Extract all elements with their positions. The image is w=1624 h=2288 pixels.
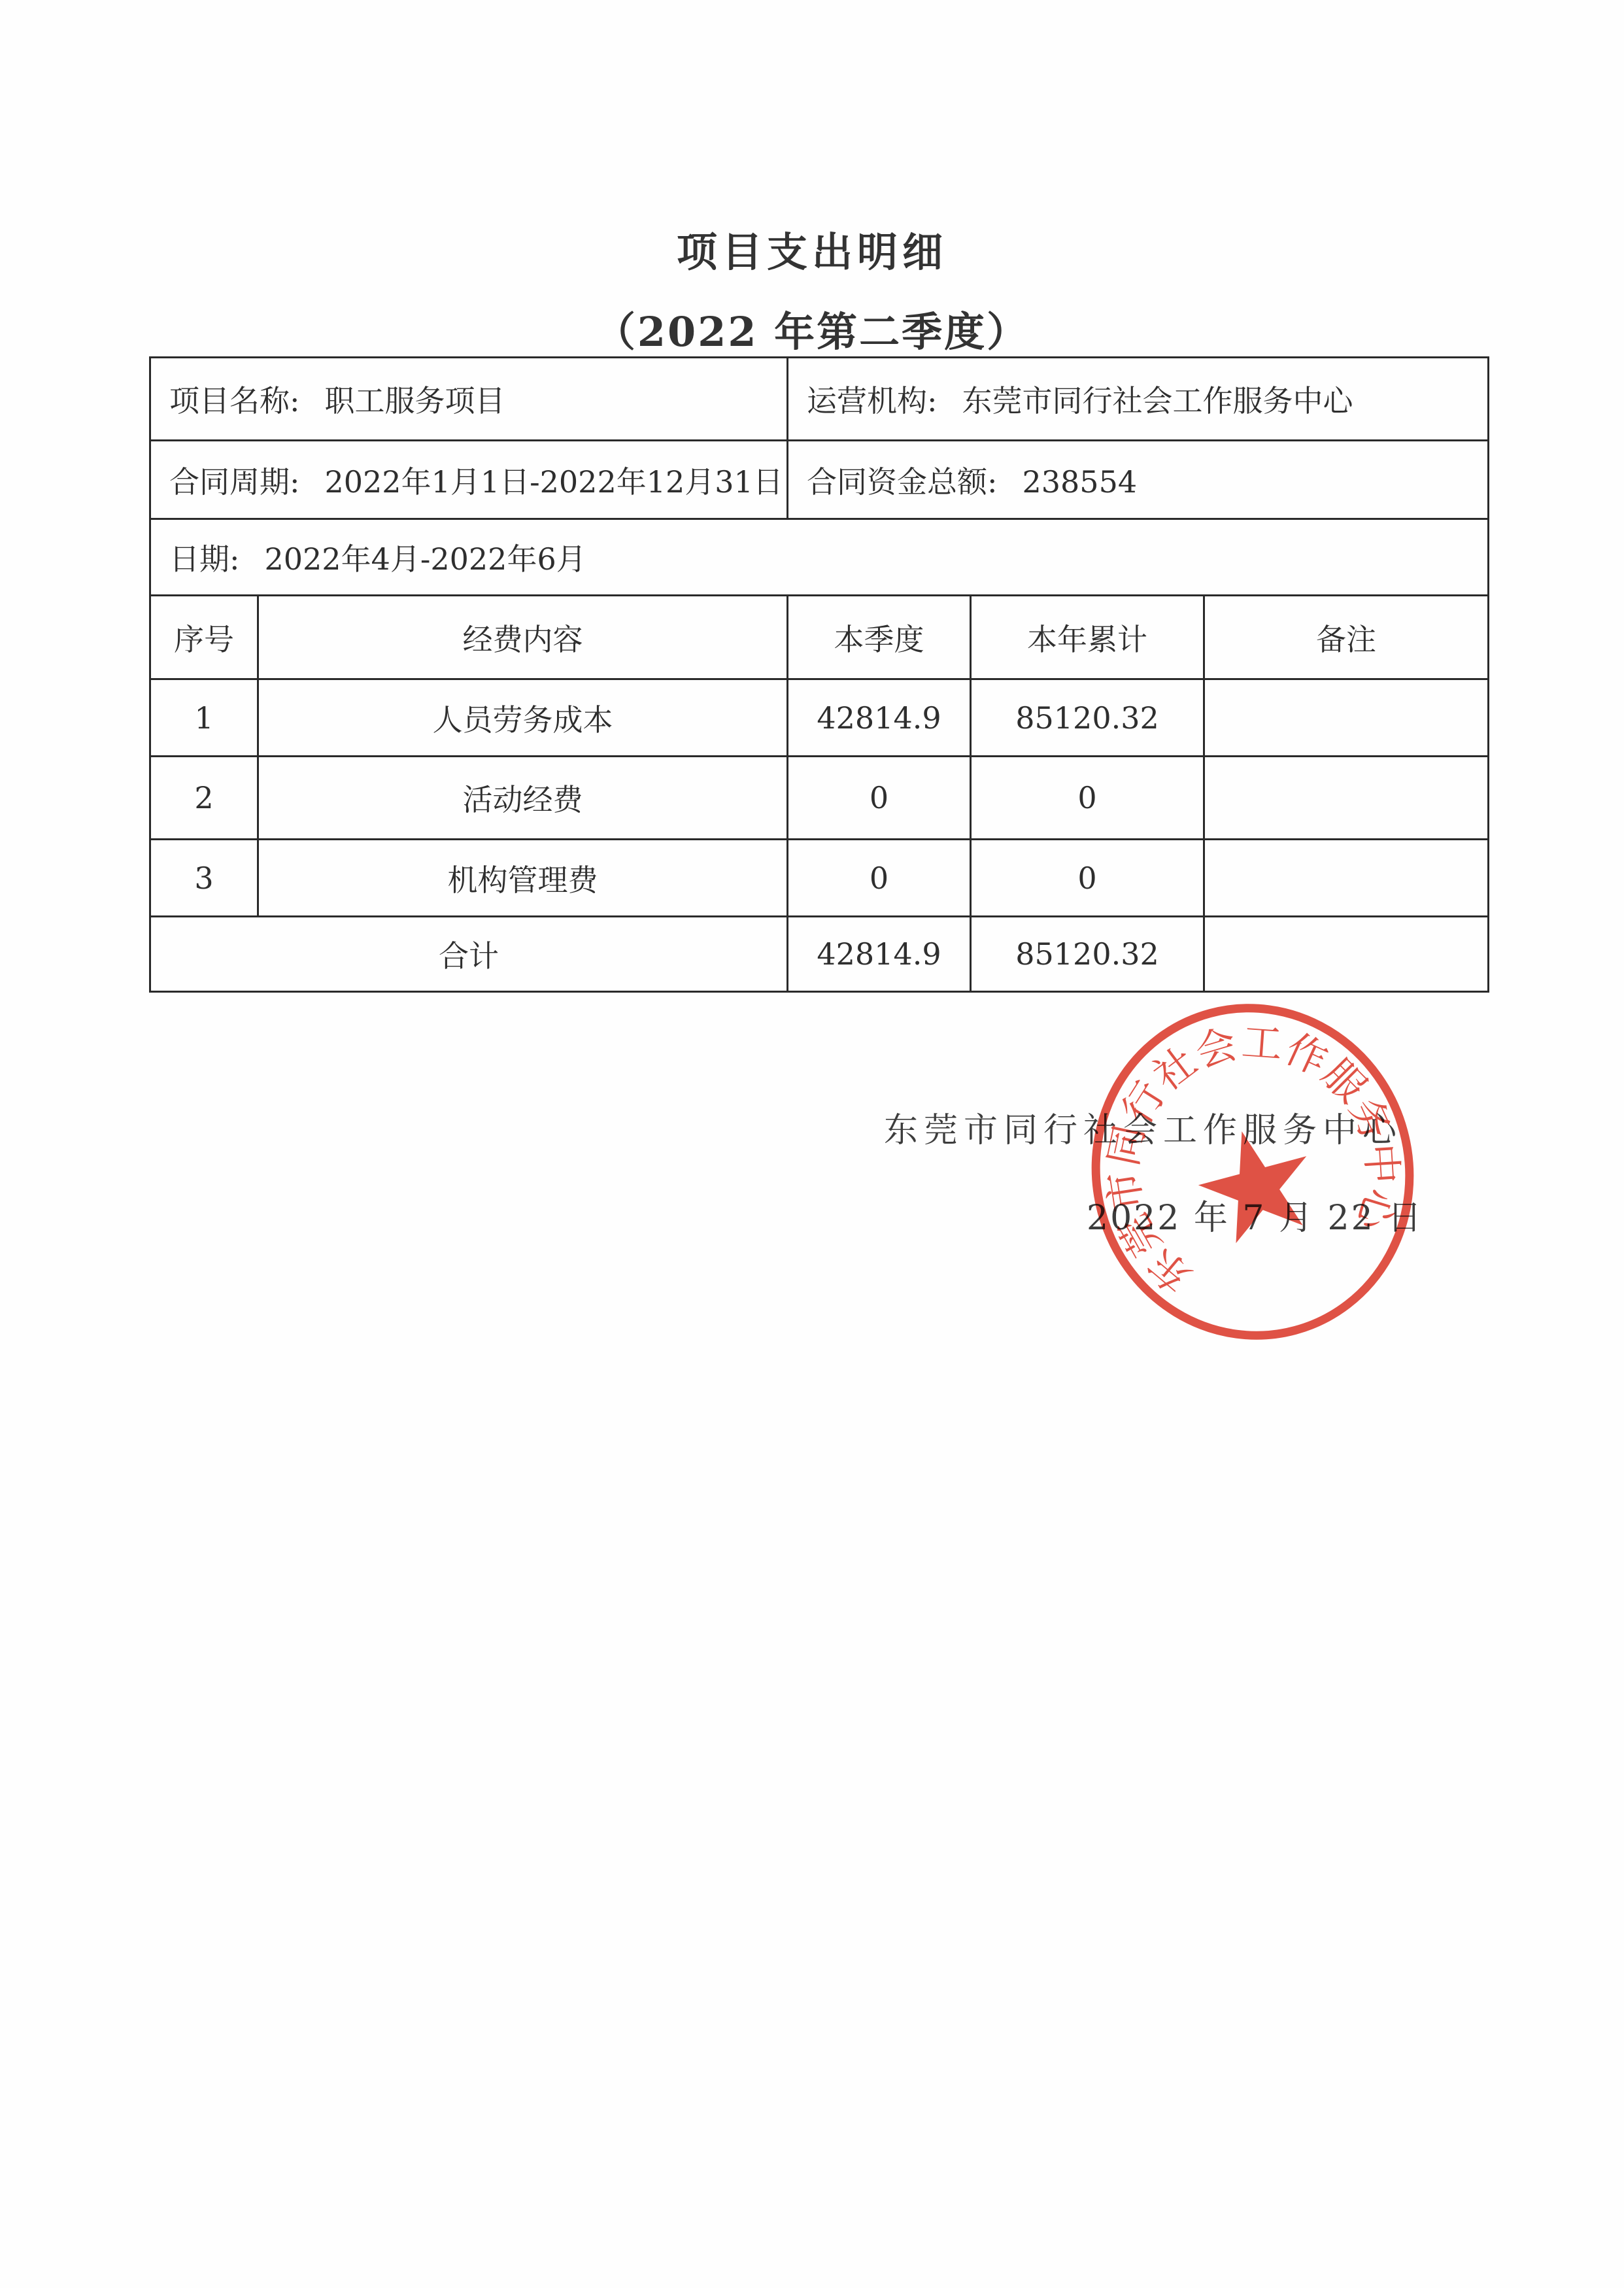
red-official-stamp: 东莞市同行社会工作服务中心 [1068,983,1438,1359]
operator-label: 运营机构: [807,383,938,418]
row1-item: 人员劳务成本 [258,679,788,757]
total-year: 85120.32 [971,917,1204,992]
row3-remark [1204,840,1489,917]
expenditure-table: 项目名称:职工服务项目 运营机构:东莞市同行社会工作服务中心 合同周期:2022… [149,356,1489,993]
header-year-total: 本年累计 [971,596,1204,679]
contract-fund-cell: 合同资金总额:238554 [788,441,1489,519]
contract-fund-value: 238554 [1023,464,1138,500]
row2-remark [1204,757,1489,840]
table-row: 1 人员劳务成本 42814.9 85120.32 [150,679,1489,757]
stamp-star-icon [1188,1117,1324,1249]
table-header-row: 序号 经费内容 本季度 本年累计 备注 [150,596,1489,679]
table-row: 3 机构管理费 0 0 [150,840,1489,917]
date-range-value: 2022年4月-2022年6月 [265,541,586,577]
operator-value: 东莞市同行社会工作服务中心 [962,383,1353,418]
info-row-contract: 合同周期:2022年1月1日-2022年12月31日 合同资金总额:238554 [150,441,1489,519]
row3-year-total: 0 [971,840,1204,917]
table-row: 2 活动经费 0 0 [150,757,1489,840]
date-range-cell: 日期:2022年4月-2022年6月 [150,519,1489,596]
row2-quarter: 0 [788,757,971,840]
row1-year-total: 85120.32 [971,679,1204,757]
header-seq: 序号 [150,596,258,679]
row3-item: 机构管理费 [258,840,788,917]
document-page: 项目支出明细 （2022 年第二季度） 项目名称:职工服务项目 运营机构:东莞市… [0,0,1624,2288]
contract-period-label: 合同周期: [169,464,300,500]
total-label: 合计 [150,917,788,992]
row1-seq: 1 [150,679,258,757]
info-row-project: 项目名称:职工服务项目 运营机构:东莞市同行社会工作服务中心 [150,358,1489,441]
header-quarter: 本季度 [788,596,971,679]
contract-fund-label: 合同资金总额: [807,464,998,500]
date-range-label: 日期: [169,541,240,577]
row1-remark [1204,679,1489,757]
project-name-value: 职工服务项目 [325,383,505,418]
project-name-label: 项目名称: [169,383,300,418]
total-quarter: 42814.9 [788,917,971,992]
row1-quarter: 42814.9 [788,679,971,757]
row3-seq: 3 [150,840,258,917]
contract-period-cell: 合同周期:2022年1月1日-2022年12月31日 [150,441,788,519]
project-name-cell: 项目名称:职工服务项目 [150,358,788,441]
header-remark: 备注 [1204,596,1489,679]
page-title: 项目支出明细 [0,220,1624,278]
header-item: 经费内容 [258,596,788,679]
contract-period-value: 2022年1月1日-2022年12月31日 [325,464,783,500]
operator-cell: 运营机构:东莞市同行社会工作服务中心 [788,358,1489,441]
row2-year-total: 0 [971,757,1204,840]
row2-item: 活动经费 [258,757,788,840]
row2-seq: 2 [150,757,258,840]
total-remark [1204,917,1489,992]
page-subtitle: （2022 年第二季度） [0,299,1624,358]
info-row-date: 日期:2022年4月-2022年6月 [150,519,1489,596]
row3-quarter: 0 [788,840,971,917]
table-total-row: 合计 42814.9 85120.32 [150,917,1489,992]
